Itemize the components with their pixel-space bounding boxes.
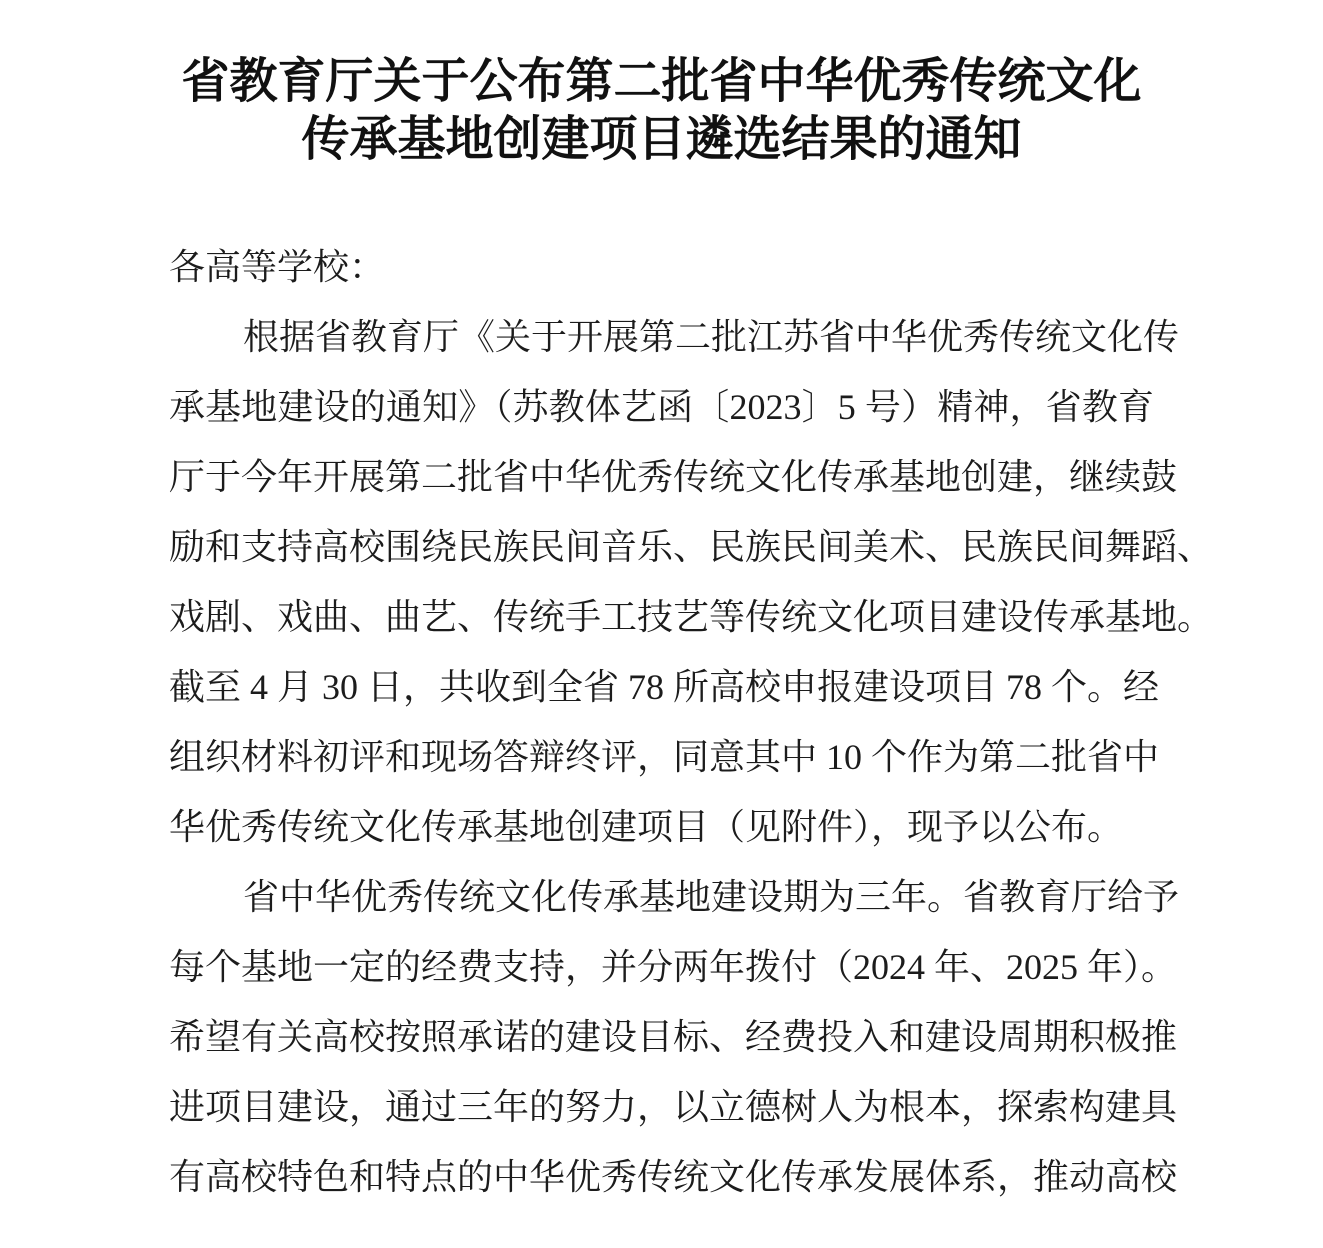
body-line: 根据省教育厅《关于开展第二批江苏省中华优秀传统文化传 [169, 302, 1154, 372]
body-line: 华优秀传统文化传承基地创建项目（见附件），现予以公布。 [169, 792, 1154, 862]
body-line: 每个基地一定的经费支持，并分两年拨付（2024 年、2025 年）。 [169, 932, 1154, 1002]
body-line: 进项目建设，通过三年的努力，以立德树人为根本，探索构建具 [169, 1072, 1154, 1142]
document-title: 省教育厅关于公布第二批省中华优秀传统文化 传承基地创建项目遴选结果的通知 [0, 53, 1323, 169]
body-line: 承基地建设的通知》（苏教体艺函〔2023〕5 号）精神，省教育 [169, 372, 1154, 442]
body-line: 有高校特色和特点的中华优秀传统文化传承发展体系，推动高校 [169, 1142, 1154, 1212]
salutation: 各高等学校： [169, 232, 1154, 302]
body-line: 组织材料初评和现场答辩终评，同意其中 10 个作为第二批省中 [169, 722, 1154, 792]
body-line: 戏剧、戏曲、曲艺、传统手工技艺等传统文化项目建设传承基地。 [169, 582, 1154, 652]
body-line: 截至 4 月 30 日，共收到全省 78 所高校申报建设项目 78 个。经 [169, 652, 1154, 722]
document-body: 各高等学校： 根据省教育厅《关于开展第二批江苏省中华优秀传统文化传 承基地建设的… [169, 232, 1154, 1212]
body-line: 励和支持高校围绕民族民间音乐、民族民间美术、民族民间舞蹈、 [169, 512, 1154, 582]
document-page: 省教育厅关于公布第二批省中华优秀传统文化 传承基地创建项目遴选结果的通知 各高等… [0, 0, 1323, 1248]
body-line: 省中华优秀传统文化传承基地建设期为三年。省教育厅给予 [169, 862, 1154, 932]
title-line-1: 省教育厅关于公布第二批省中华优秀传统文化 [0, 53, 1323, 111]
body-line: 厅于今年开展第二批省中华优秀传统文化传承基地创建，继续鼓 [169, 442, 1154, 512]
body-line: 希望有关高校按照承诺的建设目标、经费投入和建设周期积极推 [169, 1002, 1154, 1072]
title-line-2: 传承基地创建项目遴选结果的通知 [0, 111, 1323, 169]
